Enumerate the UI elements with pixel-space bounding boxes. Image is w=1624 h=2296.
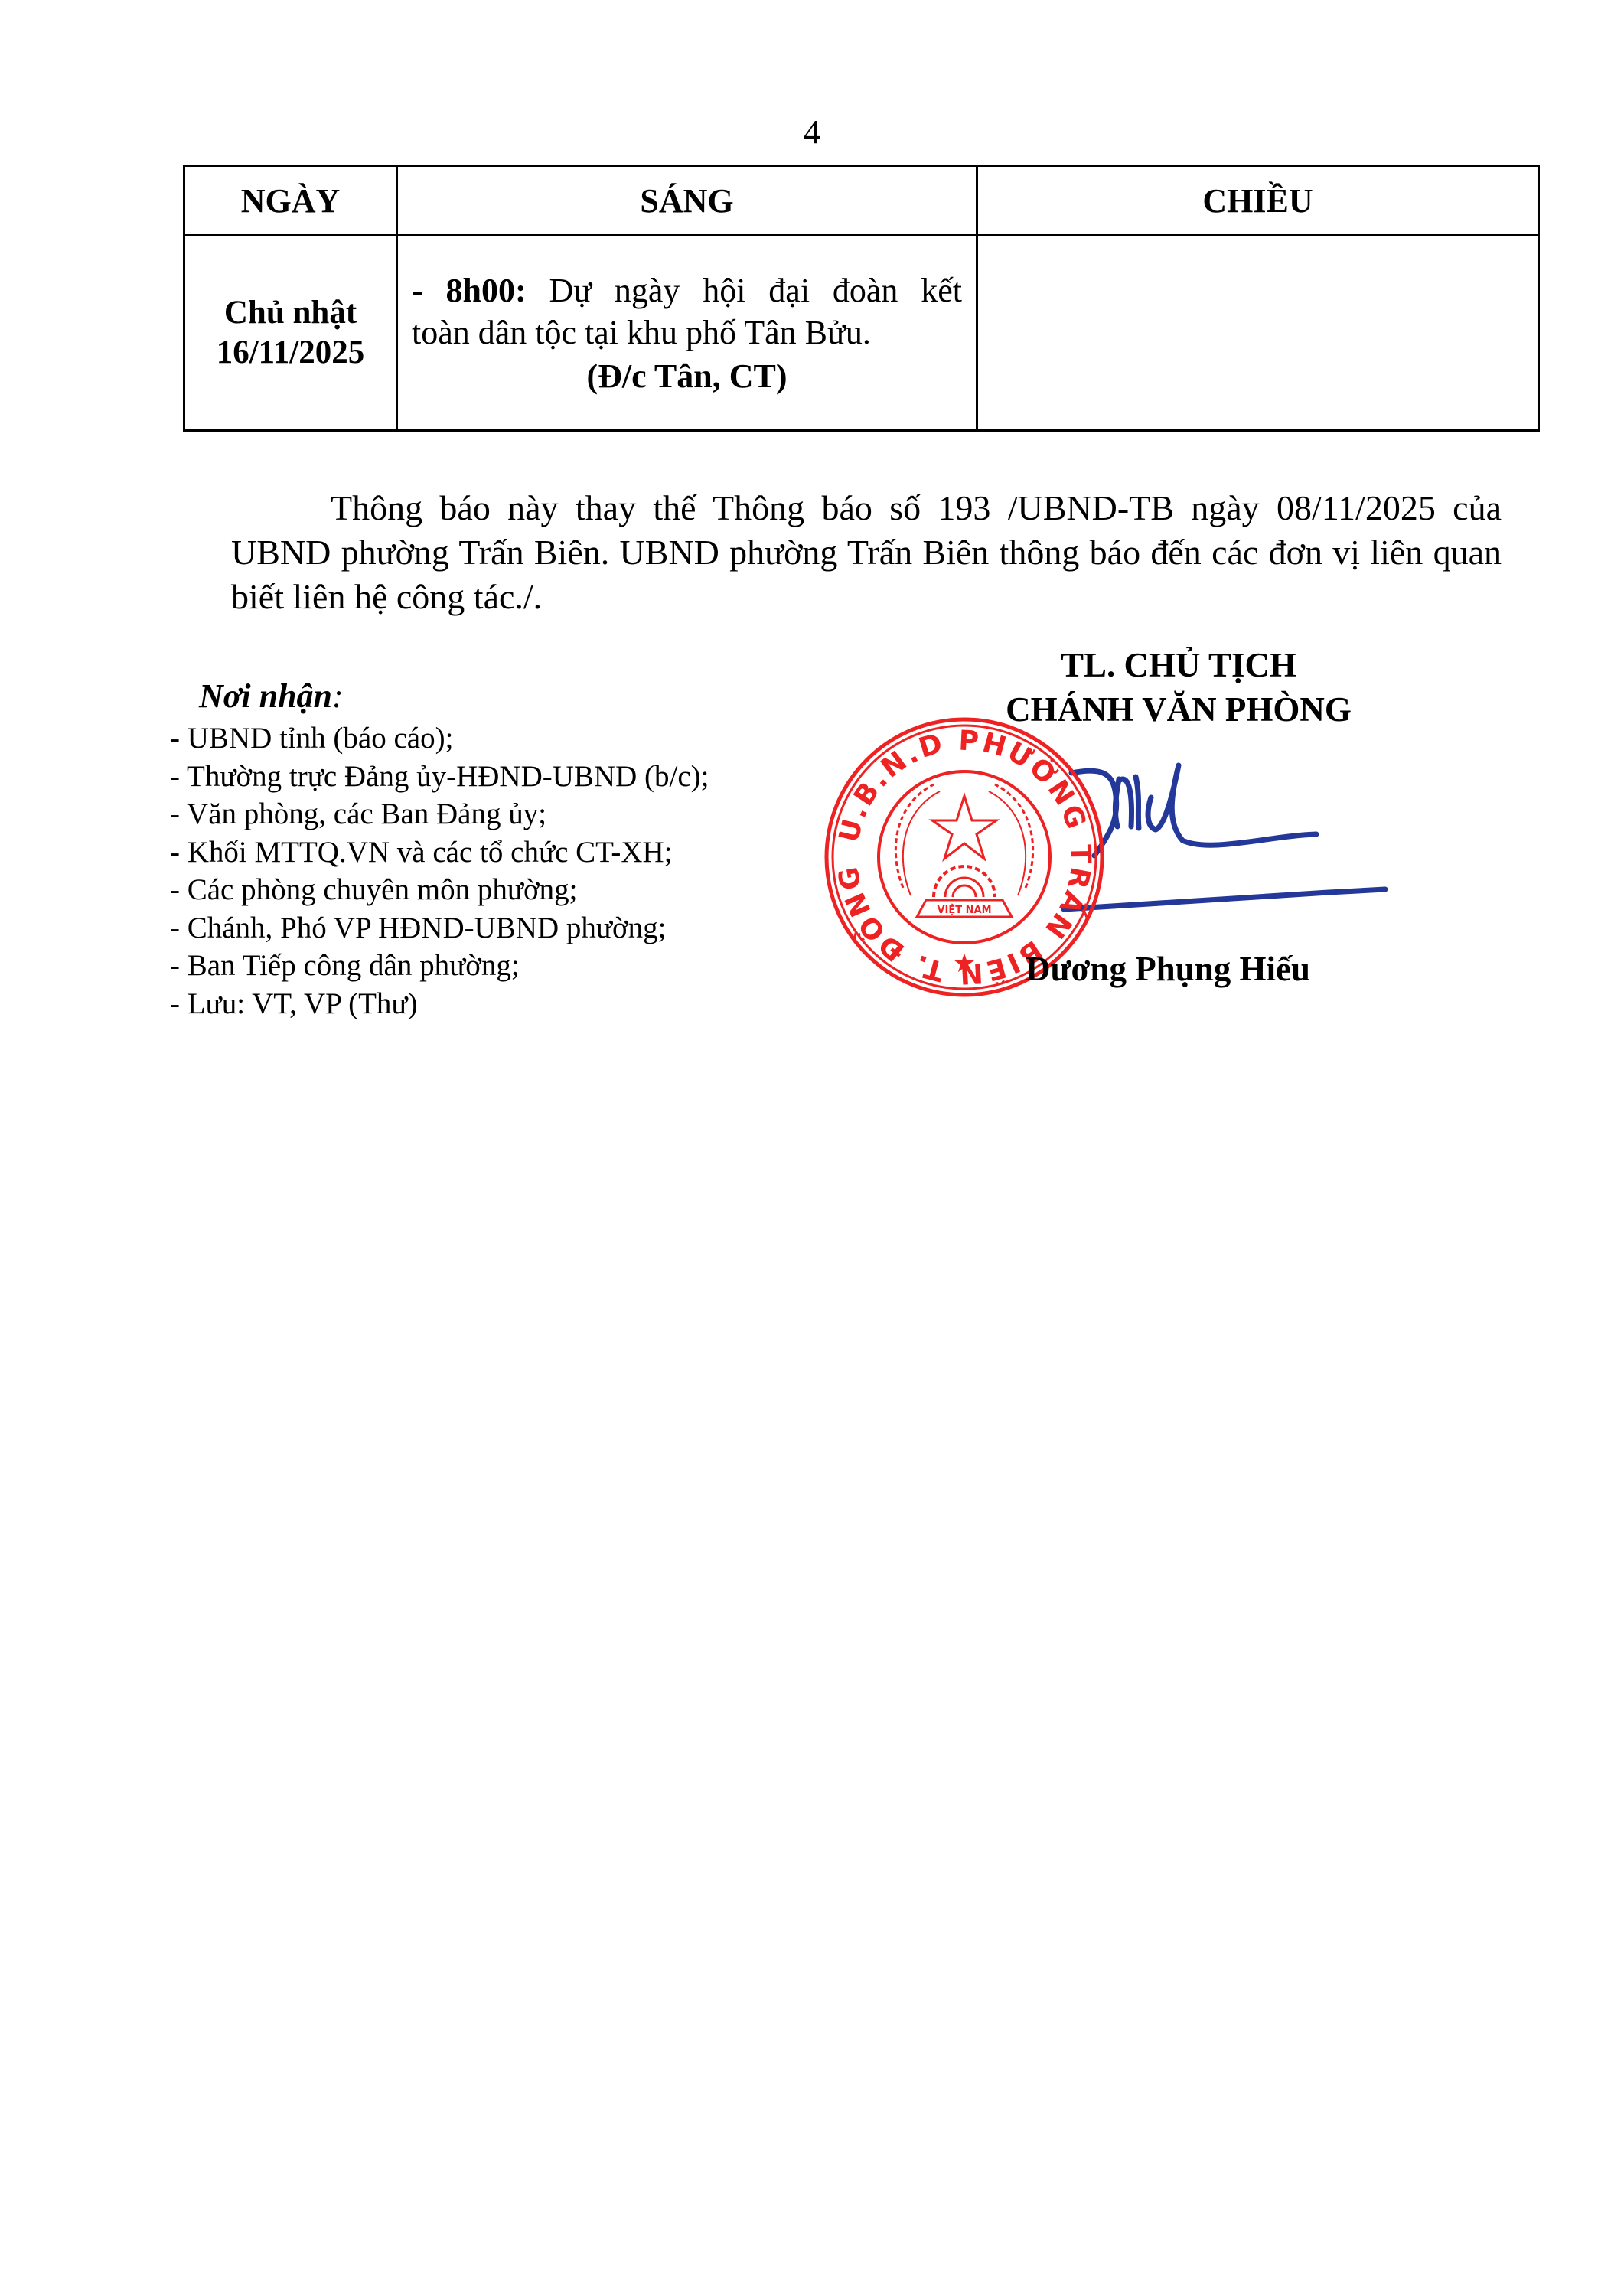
entry-text: Dự ngày hội đại đoàn kết (549, 272, 962, 309)
day-cell: Chủ nhật 16/11/2025 (184, 236, 397, 431)
page-number: 4 (0, 113, 1624, 152)
day-date: 16/11/2025 (185, 333, 396, 373)
list-item: - UBND tỉnh (báo cáo); (170, 719, 797, 758)
header-afternoon: CHIỀU (977, 166, 1539, 236)
list-item: - Các phòng chuyên môn phường; (170, 871, 797, 909)
signer-name: Dương Phụng Hiếu (1026, 947, 1310, 990)
svg-text:★: ★ (953, 948, 976, 979)
handwritten-signature-icon (1056, 750, 1439, 949)
morning-cell: - 8h00: Dự ngày hội đại đoàn kết toàn dâ… (397, 236, 977, 431)
recipients-block: Nơi nhận: - UBND tỉnh (báo cáo); - Thườn… (170, 673, 797, 1022)
morning-entry-line1: - 8h00: Dự ngày hội đại đoàn kết (412, 269, 962, 311)
schedule-table: NGÀY SÁNG CHIỀU Chủ nhật 16/11/2025 - 8h… (183, 165, 1540, 432)
entry-time: - 8h00: (412, 272, 527, 309)
signer-authority: TL. CHỦ TỊCH (888, 643, 1469, 687)
table-row: Chủ nhật 16/11/2025 - 8h00: Dự ngày hội … (184, 236, 1539, 431)
recipients-list: - UBND tỉnh (báo cáo); - Thường trực Đản… (170, 719, 797, 1022)
recipients-heading-colon: : (332, 677, 344, 715)
list-item: - Khối MTTQ.VN và các tổ chức CT-XH; (170, 833, 797, 872)
list-item: - Chánh, Phó VP HĐND-UBND phường; (170, 909, 797, 947)
afternoon-cell (977, 236, 1539, 431)
recipients-heading-text: Nơi nhận (199, 677, 332, 715)
morning-assignee: (Đ/c Tân, CT) (412, 355, 962, 397)
morning-entry-line2: toàn dân tộc tại khu phố Tân Bửu. (412, 311, 962, 354)
notice-paragraph: Thông báo này thay thế Thông báo số 193 … (231, 486, 1502, 619)
header-day: NGÀY (184, 166, 397, 236)
header-morning: SÁNG (397, 166, 977, 236)
day-name: Chủ nhật (185, 293, 396, 333)
svg-text:VIỆT NAM: VIỆT NAM (937, 904, 991, 916)
list-item: - Văn phòng, các Ban Đảng ủy; (170, 795, 797, 833)
list-item: - Thường trực Đảng ủy-HĐND-UBND (b/c); (170, 758, 797, 796)
table-header-row: NGÀY SÁNG CHIỀU (184, 166, 1539, 236)
list-item: - Ban Tiếp công dân phường; (170, 947, 797, 985)
list-item: - Lưu: VT, VP (Thư) (170, 985, 797, 1023)
recipients-heading: Nơi nhận: (199, 673, 797, 719)
